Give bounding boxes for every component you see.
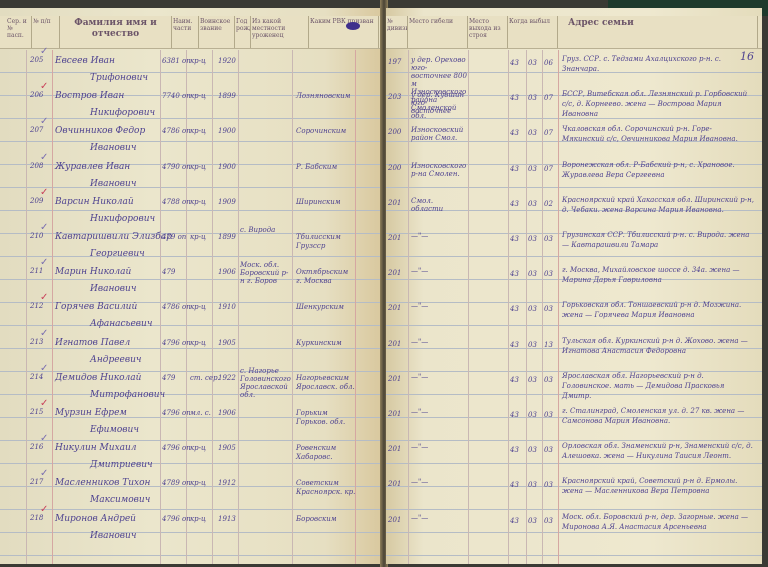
entry-family-address: г. Сталинград, Смоленская ул. д. 27 кв. … (562, 406, 754, 426)
entry-number: 213 (30, 338, 43, 346)
entry-surname-name: Мурзин Ефрем (55, 408, 127, 418)
entry-date-day: 02 (544, 200, 553, 208)
header-year: Год рожд. (235, 16, 251, 48)
entry-unit: 4796 оп (162, 409, 191, 417)
entry-date-month: 03 (528, 129, 537, 137)
entry-number: 212 (30, 302, 43, 310)
entry-place-of-death: —"— (411, 373, 467, 381)
header-unit: Наим. части (172, 16, 199, 48)
entry-unit: 4788 оп (162, 198, 191, 206)
entry-surname-name: Игнатов Павел (55, 338, 130, 348)
entry-unit: 4789 оп (162, 479, 191, 487)
entry-division: 197 (388, 58, 401, 66)
entry-family-address: БССР, Витебская обл. Лезнянский р. Горбо… (562, 89, 754, 119)
entry-unit: 479 (162, 268, 175, 276)
entry-date-day: 07 (544, 94, 553, 102)
entry-date-month: 03 (528, 341, 537, 349)
entry-patronymic: Георгиевич (90, 249, 145, 259)
entry-date-year: 43 (510, 165, 519, 173)
entry-date-month: 03 (528, 481, 537, 489)
entry-rank: кр-ц (190, 233, 206, 241)
entry-rank: кр-ц (190, 163, 206, 171)
entry-date-year: 43 (510, 517, 519, 525)
entry-number: 216 (30, 443, 43, 451)
entry-surname-name: Горячев Василий (55, 302, 137, 312)
header-div: № дивизии (386, 16, 408, 48)
entry-unit: 4786 оп (162, 303, 191, 311)
entry-date-month: 03 (528, 376, 537, 384)
entry-number: 206 (30, 91, 43, 99)
table-row: 201—"—430303Моск. обл. Боровский р-н, де… (386, 514, 762, 560)
entry-division: 200 (388, 164, 401, 172)
entry-rvk: Куркинским (296, 339, 356, 348)
entry-date-day: 03 (544, 446, 553, 454)
entry-year: 1906 (218, 409, 236, 417)
entry-date-year: 43 (510, 129, 519, 137)
entry-rank: кр-ц (190, 92, 206, 100)
entry-year: 1912 (218, 479, 236, 487)
entry-place-of-death: —"— (411, 478, 467, 486)
header-num: № п/п (32, 16, 60, 48)
entry-date-year: 43 (510, 446, 519, 454)
entry-date-month: 03 (528, 446, 537, 454)
entry-birthplace: Моск. обл. Боровский р-н г. Боров (240, 261, 292, 285)
entry-patronymic: Андреевич (90, 355, 142, 365)
header-exit: Место выхода из строя (468, 16, 508, 48)
entry-number: 211 (30, 267, 43, 275)
entry-number: 205 (30, 56, 43, 64)
entry-surname-name: Миронов Андрей (55, 514, 136, 524)
entry-family-address: Орловская обл. Знаменский р-н, Знаменски… (562, 441, 754, 461)
entry-rvk: Горьким Горьков. обл. (296, 409, 356, 427)
entry-year: 1910 (218, 303, 236, 311)
entry-year: 1905 (218, 444, 236, 452)
entry-year: 1905 (218, 339, 236, 347)
entry-date-month: 03 (528, 59, 537, 67)
entry-date-month: 03 (528, 517, 537, 525)
entry-place-of-death: —"— (411, 514, 467, 522)
entry-date-day: 03 (544, 481, 553, 489)
entry-date-year: 43 (510, 59, 519, 67)
right-header-strip: № дивизии Место гибели Место выхода из с… (386, 16, 762, 49)
entry-birthplace: с. Нагорье Головинского Ярославской обл. (240, 367, 292, 399)
entry-division: 203 (388, 93, 401, 101)
entry-unit: 479 оп (162, 233, 186, 241)
entry-family-address: Чкаловская обл. Сорочинский р-н. Горе-Мя… (562, 124, 754, 144)
left-page: Сер. и № пасп. № п/п Фамилия имя и отчес… (0, 8, 382, 564)
entry-family-address: Грузинская ССР. Тбилисский р-н. с. Вирод… (562, 230, 754, 250)
entry-place-of-death: —"— (411, 408, 467, 416)
entry-place-of-death: —"— (411, 267, 467, 275)
entry-rank: кр-ц (190, 515, 206, 523)
entry-year: 1922 (218, 374, 236, 382)
header-rvk: Каким РВК призван (309, 16, 379, 48)
entry-place-of-death: —"— (411, 443, 467, 451)
entry-rank: кр-ц (190, 444, 206, 452)
entry-rank: кр-ц (190, 198, 206, 206)
entry-surname-name: Кавтаришвили Элизбар (55, 232, 172, 242)
entry-date-month: 03 (528, 94, 537, 102)
entry-date-year: 43 (510, 200, 519, 208)
entry-rank: мл. с. (190, 409, 211, 417)
entry-patronymic: Иванович (90, 143, 136, 153)
entry-date-day: 07 (544, 129, 553, 137)
entry-division: 201 (388, 304, 401, 312)
entry-patronymic: Ефимович (90, 425, 139, 435)
header-rank: Воинское звание (199, 16, 235, 48)
entry-division: 201 (388, 410, 401, 418)
entry-patronymic: Иванович (90, 284, 136, 294)
entry-birthplace: с. Вирода (240, 226, 292, 234)
entry-date-month: 03 (528, 165, 537, 173)
entry-rvk: Ровенским Хабаровс. (296, 444, 356, 462)
entry-rvk: Ширинским (296, 198, 356, 207)
entry-date-year: 43 (510, 270, 519, 278)
entry-place-of-death: —"— (411, 302, 467, 310)
entry-unit: 479 (162, 374, 175, 382)
entry-rank: кр-ц (190, 339, 206, 347)
entry-patronymic: Никифорович (90, 214, 155, 224)
entry-rvk: Октябрьским г. Москва (296, 268, 356, 286)
entry-division: 201 (388, 445, 401, 453)
entry-surname-name: Никулин Михаил (55, 443, 137, 453)
entry-patronymic: Дмитриевич (90, 460, 153, 470)
entry-place-of-death: у дер. Кувшин юго-восточнее (411, 91, 467, 115)
entry-patronymic: Трифонович (90, 73, 148, 83)
entry-rvk: Советским Красноярск. кр. (296, 479, 356, 497)
entry-date-year: 43 (510, 94, 519, 102)
entry-place-of-death: —"— (411, 232, 467, 240)
entry-rvk: Боровским (296, 515, 356, 524)
entry-date-year: 43 (510, 235, 519, 243)
entry-unit: 7740 оп (162, 92, 191, 100)
entry-number: 207 (30, 126, 43, 134)
entry-rvk: Шенкурским (296, 303, 356, 312)
entry-division: 201 (388, 480, 401, 488)
entry-date-year: 43 (510, 341, 519, 349)
entry-year: 1909 (218, 198, 236, 206)
entry-surname-name: Журавлев Иван (55, 162, 130, 172)
entry-family-address: Ярославская обл. Нагорьевский р-н д. Гол… (562, 371, 754, 401)
entry-unit: 4786 оп (162, 127, 191, 135)
entry-date-year: 43 (510, 376, 519, 384)
entry-year: 1920 (218, 57, 236, 65)
entry-rank: кр-ц (190, 479, 206, 487)
entry-date-month: 03 (528, 305, 537, 313)
entry-unit: 4796 оп (162, 515, 191, 523)
entry-date-day: 03 (544, 517, 553, 525)
entry-family-address: Груз. ССР. с. Тедзами Ахалцихского р-н. … (562, 54, 754, 74)
header-name: Фамилия имя и отчество (60, 16, 172, 48)
entry-place-of-death: Смол. области (411, 197, 467, 213)
entry-rank: ст. сер. (190, 374, 220, 382)
entry-division: 201 (388, 516, 401, 524)
entry-year: 1900 (218, 163, 236, 171)
entry-division: 201 (388, 199, 401, 207)
entry-date-day: 03 (544, 411, 553, 419)
entry-division: 201 (388, 340, 401, 348)
entry-year: 1913 (218, 515, 236, 523)
left-header-strip: Сер. и № пасп. № п/п Фамилия имя и отчес… (0, 16, 382, 49)
entry-rvk: Тбилисским Грузсср (296, 233, 356, 251)
entry-date-month: 03 (528, 270, 537, 278)
entry-family-address: Воронежская обл. Р-Бабский р-н, с. Храно… (562, 160, 754, 180)
entry-family-address: г. Москва, Михайловское шоссе д. 34а. же… (562, 265, 754, 285)
entry-surname-name: Варсин Николай (55, 197, 134, 207)
entry-patronymic: Максимович (90, 495, 150, 505)
header-place: Место гибели (408, 16, 468, 48)
entry-number: 209 (30, 197, 43, 205)
entry-unit: 6381 оп (162, 57, 191, 65)
entry-year: 1899 (218, 233, 236, 241)
entry-patronymic: Афанасьевич (90, 319, 152, 329)
entry-year: 1900 (218, 127, 236, 135)
entry-surname-name: Овчинников Федор (55, 126, 145, 136)
entry-date-year: 43 (510, 411, 519, 419)
entry-unit: 4796 оп (162, 444, 191, 452)
entry-patronymic: Митрофанович (90, 390, 165, 400)
entry-year: 1899 (218, 92, 236, 100)
entry-date-day: 03 (544, 305, 553, 313)
entry-date-day: 13 (544, 341, 553, 349)
entry-date-day: 03 (544, 235, 553, 243)
entry-date-day: 03 (544, 376, 553, 384)
entry-family-address: Красноярский край, Советский р-н д. Ермо… (562, 476, 754, 496)
entry-number: 218 (30, 514, 43, 522)
entry-patronymic: Иванович (90, 531, 136, 541)
entry-rank: кр-ц (190, 303, 206, 311)
entry-place-of-death: Износковского р-на Смолен. (411, 162, 467, 178)
entry-number: 214 (30, 373, 43, 381)
entry-surname-name: Востров Иван (55, 91, 124, 101)
entry-surname-name: Демидов Николай (55, 373, 141, 383)
entry-rvk: Сорочинским (296, 127, 356, 136)
entry-unit: 4790 оп (162, 163, 191, 171)
entry-date-month: 03 (528, 200, 537, 208)
entry-division: 201 (388, 269, 401, 277)
entry-division: 201 (388, 375, 401, 383)
ink-blot (346, 22, 360, 30)
entry-rvk: Р. Бабским (296, 163, 356, 172)
entry-unit: 4796 оп (162, 339, 191, 347)
entry-patronymic: Иванович (90, 179, 136, 189)
right-page: № дивизии Место гибели Место выхода из с… (386, 8, 762, 564)
entry-date-day: 07 (544, 165, 553, 173)
entry-number: 208 (30, 162, 43, 170)
entry-number: 210 (30, 232, 43, 240)
register-book: Сер. и № пасп. № п/п Фамилия имя и отчес… (0, 0, 768, 567)
entry-surname-name: Евсеев Иван (55, 56, 115, 66)
entry-place-of-death: —"— (411, 338, 467, 346)
table-row: ✓218Миронов АндрейИванович4796 опкр-ц191… (0, 514, 382, 560)
entry-place-of-death: Износковский район Смол. (411, 126, 467, 142)
header-birthplace: Из какой местности уроженец (251, 16, 309, 48)
entry-date-day: 03 (544, 270, 553, 278)
entry-date-year: 43 (510, 481, 519, 489)
entry-division: 201 (388, 234, 401, 242)
entry-year: 1906 (218, 268, 236, 276)
entry-family-address: Тульская обл. Куркинский р-н д. Жохово. … (562, 336, 754, 356)
header-passport: Сер. и № пасп. (6, 16, 32, 48)
entry-family-address: Моск. обл. Боровский р-н, дер. Загорные.… (562, 512, 754, 532)
entry-rvk: Лозняновским (296, 92, 356, 101)
entry-rvk: Нагорьевским Ярославск. обл. (296, 374, 356, 392)
entry-rank: кр-ц (190, 57, 206, 65)
entry-number: 217 (30, 478, 43, 486)
entry-surname-name: Масленников Тихон (55, 478, 150, 488)
entry-division: 200 (388, 128, 401, 136)
entry-surname-name: Марин Николай (55, 267, 131, 277)
entry-family-address: Горьковская обл. Тоншаевский р-н д. Мозж… (562, 300, 754, 320)
entry-rank: кр-ц (190, 127, 206, 135)
entry-number: 215 (30, 408, 43, 416)
header-address: Адрес семьи (558, 16, 758, 48)
entry-patronymic: Никифорович (90, 108, 155, 118)
header-date: Когда выбыл (508, 16, 558, 48)
entry-date-year: 43 (510, 305, 519, 313)
entry-family-address: Красноярский край Хакасская обл. Ширинск… (562, 195, 754, 215)
entry-date-month: 03 (528, 411, 537, 419)
entry-date-day: 06 (544, 59, 553, 67)
entry-date-month: 03 (528, 235, 537, 243)
